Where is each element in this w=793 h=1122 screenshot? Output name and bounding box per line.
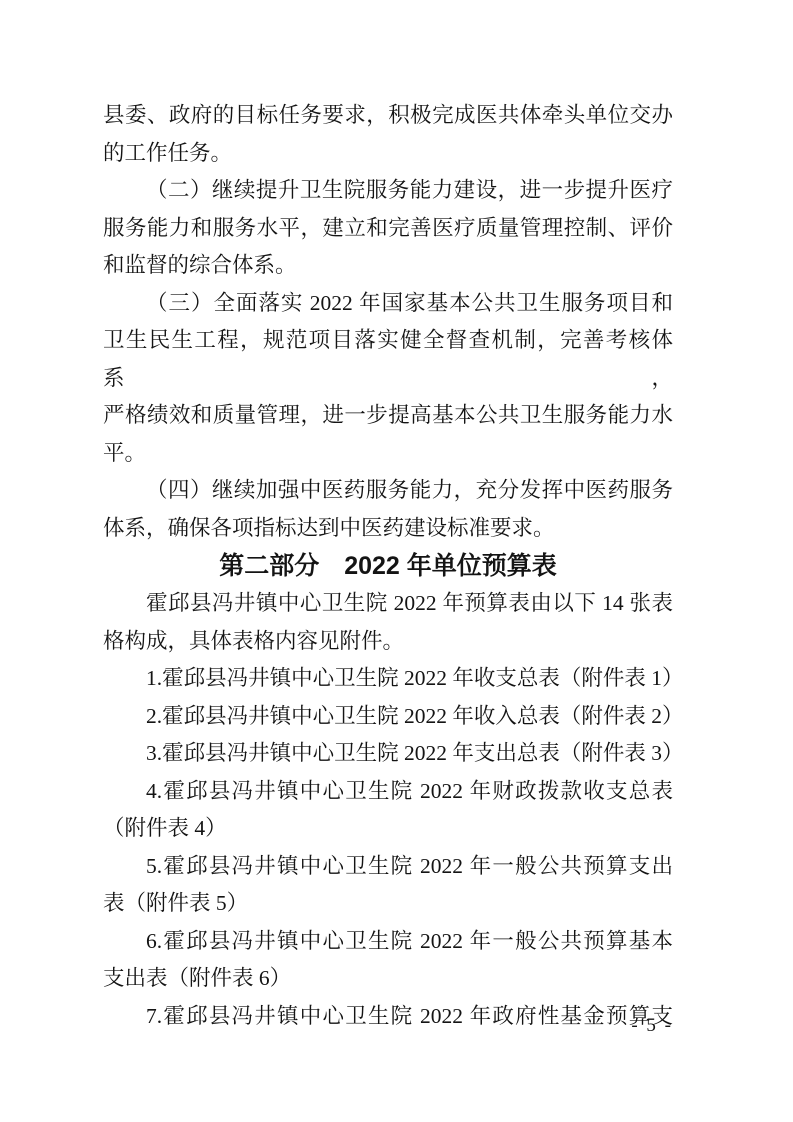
text-line: 3.霍邱县冯井镇中心卫生院 2022 年支出总表（附件表 3）	[103, 735, 673, 773]
text-line: 卫生民生工程，规范项目落实健全督查机制，完善考核体系，	[103, 322, 673, 397]
heading-text: 第二部分 2022 年单位预算表	[103, 547, 673, 585]
text-line: 的工作任务。	[103, 135, 673, 173]
body-paragraph: （二）继续提升卫生院服务能力建设，进一步提升医疗服务能力和服务水平，建立和完善医…	[103, 172, 673, 285]
text-line: 霍邱县冯井镇中心卫生院 2022 年预算表由以下 14 张表	[103, 585, 673, 623]
text-line: （四）继续加强中医药服务能力，充分发挥中医药服务	[103, 472, 673, 510]
list-item-paragraph: 6.霍邱县冯井镇中心卫生院 2022 年一般公共预算基本支出表（附件表 6）	[103, 923, 673, 998]
text-line: 支出表（附件表 6）	[103, 960, 673, 998]
text-line: 格构成，具体表格内容见附件。	[103, 623, 673, 661]
text-line: 服务能力和服务水平，建立和完善医疗质量管理控制、评价	[103, 210, 673, 248]
text-line: 2.霍邱县冯井镇中心卫生院 2022 年收入总表（附件表 2）	[103, 698, 673, 736]
list-item-paragraph: 5.霍邱县冯井镇中心卫生院 2022 年一般公共预算支出表（附件表 5）	[103, 848, 673, 923]
text-line: 4.霍邱县冯井镇中心卫生院 2022 年财政拨款收支总表	[103, 773, 673, 811]
document-page: 县委、政府的目标任务要求，积极完成医共体牵头单位交办的工作任务。（二）继续提升卫…	[0, 0, 793, 1122]
text-line: 严格绩效和质量管理，进一步提高基本公共卫生服务能力水	[103, 397, 673, 435]
list-item-paragraph: 3.霍邱县冯井镇中心卫生院 2022 年支出总表（附件表 3）	[103, 735, 673, 773]
text-line: 表（附件表 5）	[103, 885, 673, 923]
text-line: （二）继续提升卫生院服务能力建设，进一步提升医疗	[103, 172, 673, 210]
text-line: 县委、政府的目标任务要求，积极完成医共体牵头单位交办	[103, 97, 673, 135]
text-line: （附件表 4）	[103, 810, 673, 848]
body-paragraph: （四）继续加强中医药服务能力，充分发挥中医药服务体系，确保各项指标达到中医药建设…	[103, 472, 673, 547]
body-paragraph: 县委、政府的目标任务要求，积极完成医共体牵头单位交办的工作任务。	[103, 97, 673, 172]
list-item-paragraph: 1.霍邱县冯井镇中心卫生院 2022 年收支总表（附件表 1）	[103, 660, 673, 698]
text-line: 体系，确保各项指标达到中医药建设标准要求。	[103, 510, 673, 548]
page-footer: - 5 -	[103, 1012, 673, 1040]
text-line: 1.霍邱县冯井镇中心卫生院 2022 年收支总表（附件表 1）	[103, 660, 673, 698]
text-line: 平。	[103, 435, 673, 473]
text-line: 5.霍邱县冯井镇中心卫生院 2022 年一般公共预算支出	[103, 848, 673, 886]
body-paragraph: （三）全面落实 2022 年国家基本公共卫生服务项目和卫生民生工程，规范项目落实…	[103, 285, 673, 473]
text-line: （三）全面落实 2022 年国家基本公共卫生服务项目和	[103, 285, 673, 323]
text-line: 6.霍邱县冯井镇中心卫生院 2022 年一般公共预算基本	[103, 923, 673, 961]
text-line: 和监督的综合体系。	[103, 247, 673, 285]
list-item-paragraph: 4.霍邱县冯井镇中心卫生院 2022 年财政拨款收支总表（附件表 4）	[103, 773, 673, 848]
list-item-paragraph: 2.霍邱县冯井镇中心卫生院 2022 年收入总表（附件表 2）	[103, 698, 673, 736]
document-content: 县委、政府的目标任务要求，积极完成医共体牵头单位交办的工作任务。（二）继续提升卫…	[103, 97, 673, 1035]
section-heading: 第二部分 2022 年单位预算表	[103, 547, 673, 585]
page-number: - 5 -	[631, 1015, 673, 1036]
body-paragraph: 霍邱县冯井镇中心卫生院 2022 年预算表由以下 14 张表格构成，具体表格内容…	[103, 585, 673, 660]
